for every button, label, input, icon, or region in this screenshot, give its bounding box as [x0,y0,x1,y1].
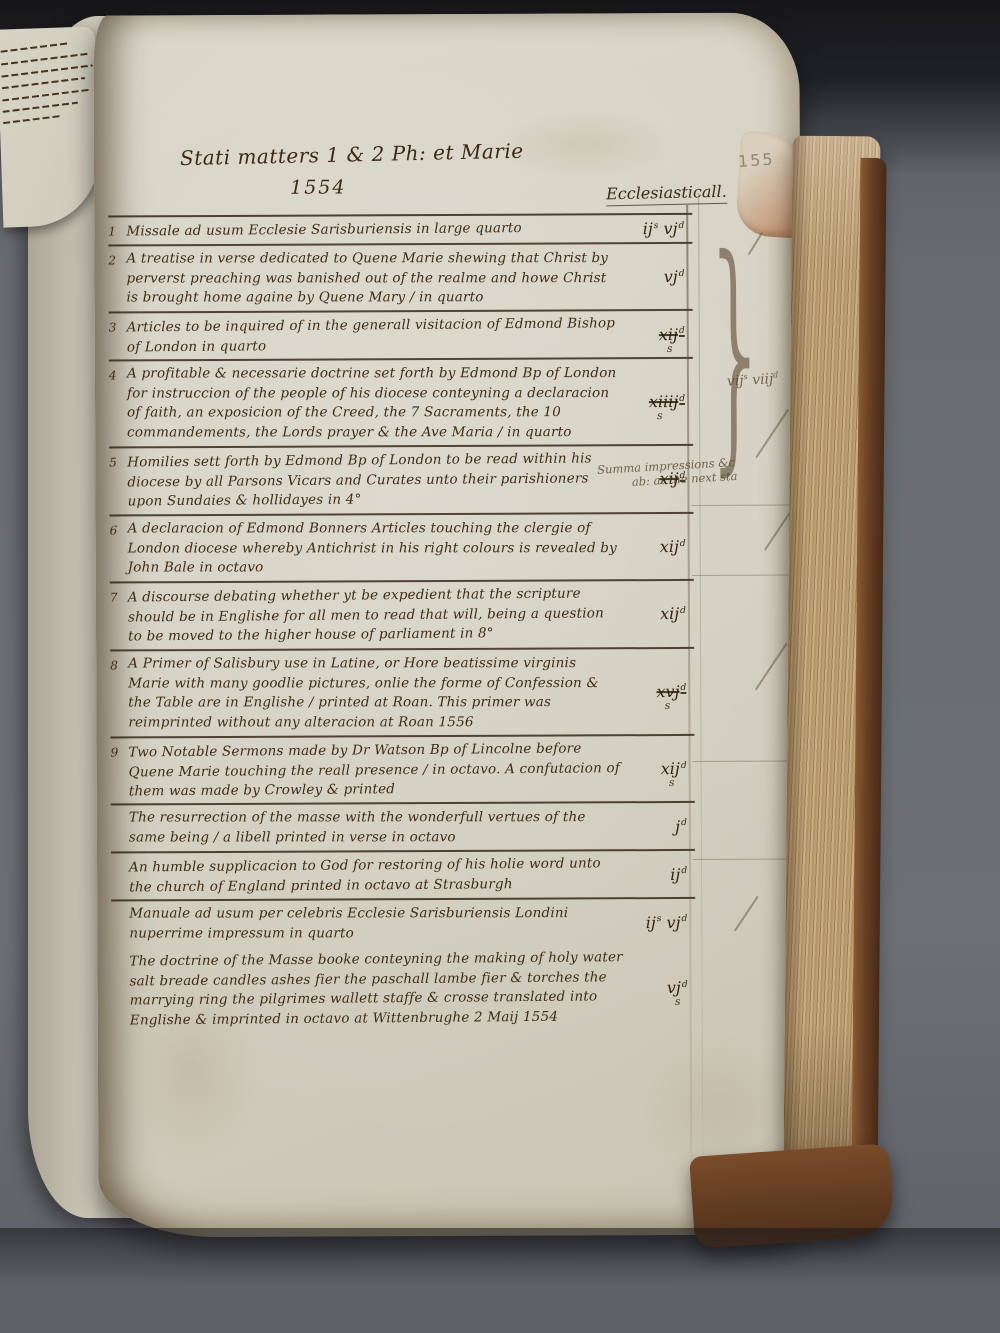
price-correction-letter: s [675,996,681,1007]
entry-number: 8 [110,655,128,733]
illegible-script-line [2,77,86,89]
entry-text: Manuale ad usum per celebris Ecclesie Sa… [129,904,623,943]
entry-text: A Primer of Salisbury use in Latine, or … [128,654,622,732]
catalogue-entry-row: 2 A treatise in verse dedicated to Quene… [108,243,692,313]
entry-text: The doctrine of the Masse booke conteyni… [129,948,624,1030]
price-correction-letter: s [667,343,673,354]
illegible-script-line [2,89,92,102]
entry-price: jd [675,818,695,836]
photograph-of-manuscript-book: Stati matters 1 & 2 Ph: et Marie 1554 Ec… [0,0,1000,1333]
entry-number: 5 [109,452,127,511]
catalogue-entry-row: The resurrection of the masse with the w… [111,803,695,854]
catalogue-entry-row: An humble supplicacion to God for restor… [111,851,695,902]
entry-number [111,857,129,896]
entry-number: 9 [111,742,129,801]
entry-number [111,951,129,1029]
price-correction-letter: s [657,410,663,421]
section-heading: Ecclesiasticall. [606,182,727,207]
catalogue-entry-row: 9 Two Notable Sermons made by Dr Watson … [110,735,694,805]
catalogue-entry-row: 1 Missale ad usum Ecclesie Sarisburiensi… [108,215,692,246]
catalogue-entry-row: 8 A Primer of Salisbury use in Latine, o… [110,648,694,738]
entry-number: 4 [109,365,127,443]
entry-text: The resurrection of the masse with the w… [129,808,623,847]
entry-text: A discourse debating whether yt be exped… [128,584,622,647]
pencil-stroke [755,643,788,691]
entry-number: 3 [109,317,127,356]
catalogue-entry-row: 3 Articles to be inquired of in the gene… [109,311,693,362]
catalogue-entry-row: 4 A profitable & necessarie doctrine set… [109,359,693,449]
entry-price: ijd [670,866,695,884]
entry-number [111,905,129,944]
entry-price: ijs vjd [643,220,693,238]
margin-payment-note: vijs viijd [727,371,779,390]
illegible-script-line [0,42,70,53]
illegible-script-line [1,53,89,66]
entry-text: Missale ad usum Ecclesie Sarisburiensis … [126,218,620,242]
entry-list: 1 Missale ad usum Ecclesie Sarisburiensi… [108,213,696,1033]
entry-number [111,809,129,848]
entry-number: 2 [108,250,126,309]
illegible-script-line [2,102,78,113]
page-title: Stati matters 1 & 2 Ph: et Marie [180,139,524,170]
entry-text: A declaracion of Edmond Bonners Articles… [128,519,622,578]
entry-number: 6 [110,520,128,579]
entry-text: A treatise in verse dedicated to Quene M… [126,249,620,308]
illegible-script-line [3,115,61,124]
entry-number: 7 [110,587,128,646]
page-year: 1554 [290,176,346,199]
folio-number: 155 [737,149,775,171]
manuscript-page: Stati matters 1 & 2 Ph: et Marie 1554 Ec… [93,12,804,1237]
entry-text: Articles to be inquired of in the genera… [127,314,621,357]
entry-number: 1 [108,221,126,241]
price-correction-letter: s [665,700,671,711]
price-correction-letter: s [669,777,675,788]
margin-brace: } [700,219,721,485]
catalogue-entry-row: The doctrine of the Masse booke conteyni… [111,945,695,1033]
catalogue-entry-row: 7 A discourse debating whether yt be exp… [110,581,694,651]
entry-text: A profitable & necessarie doctrine set f… [127,364,621,442]
catalogue-entry-row: 6 A declaracion of Edmond Bonners Articl… [110,513,694,583]
pencil-stroke [734,896,759,932]
entry-text: An humble supplicacion to God for restor… [129,854,623,897]
background-shadow-bottom [0,1228,1000,1333]
entry-text: Two Notable Sermons made by Dr Watson Bp… [128,739,622,802]
illegible-script-line [1,64,93,77]
entry-price: ijs vjd [646,914,696,932]
catalogue-entry-row: Manuale ad usum per celebris Ecclesie Sa… [111,899,695,948]
entry-text: Homilies sett forth by Edmond Bp of Lond… [127,449,621,512]
